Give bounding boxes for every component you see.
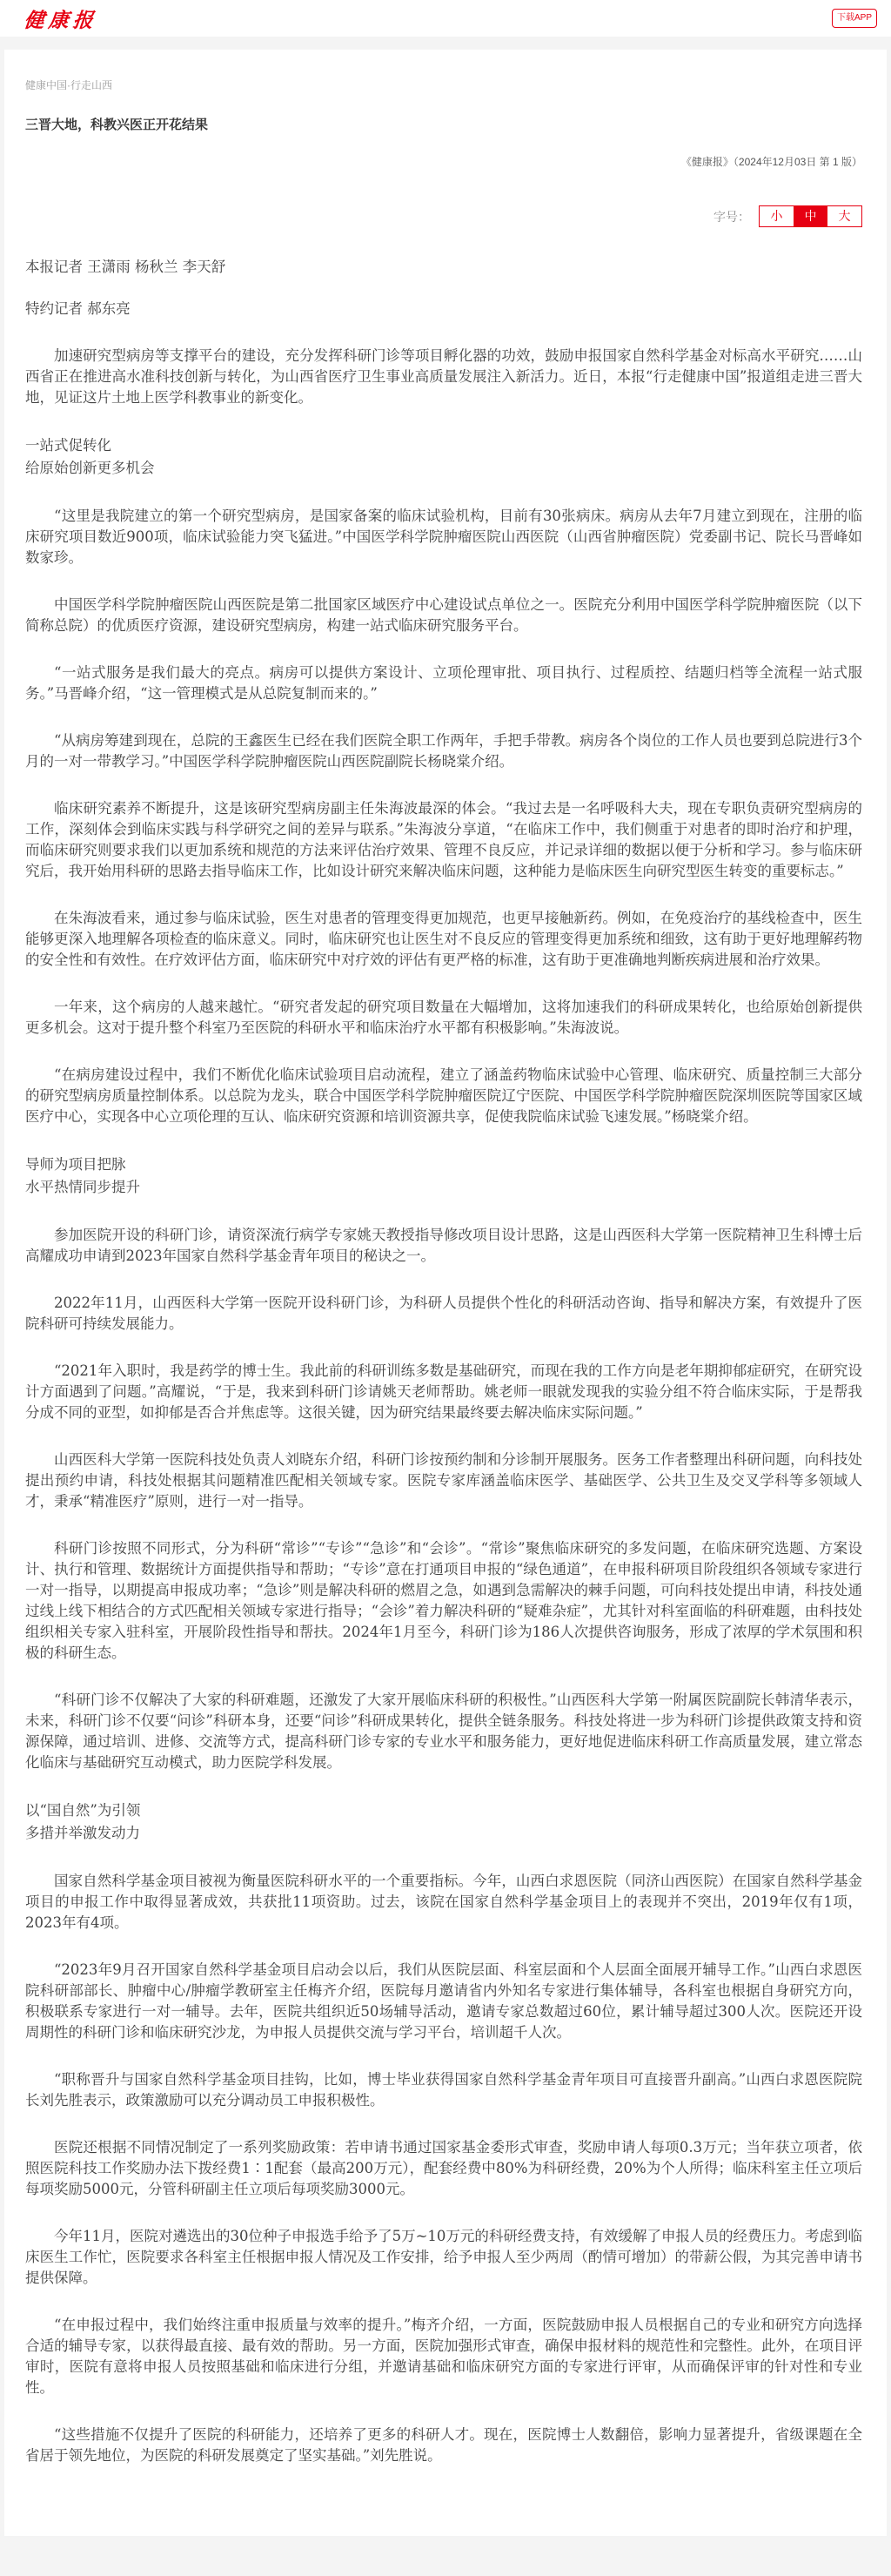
article-paragraph: 临床研究素养不断提升，这是该研究型病房副主任朱海波最深的体会。“我过去是一名呼吸… bbox=[25, 798, 862, 882]
top-bar: 健康报 下载APP bbox=[0, 0, 891, 37]
article-title: 三晋大地，科教兴医正开花结果 bbox=[25, 115, 862, 133]
article-paragraph: 今年11月，医院对遴选出的30位种子申报选手给予了5万~10万元的科研经费支持，… bbox=[25, 2226, 862, 2289]
font-size-control: 字号： 小 中 大 bbox=[25, 205, 862, 227]
article-paragraph: “这些措施不仅提升了医院的科研能力，还培养了更多的科研人才。现在，医院博士人数翻… bbox=[25, 2425, 862, 2466]
article-paragraph: 国家自然科学基金项目被视为衡量医院科研水平的一个重要指标。今年，山西白求恩医院（… bbox=[25, 1871, 862, 1934]
font-size-label: 字号： bbox=[713, 208, 750, 225]
article-paragraph: “从病房筹建到现在，总院的王鑫医生已经在我们医院全职工作两年，手把手带教。病房各… bbox=[25, 730, 862, 772]
section-subhead: 以“国自然”为引领 多措并举激发动力 bbox=[25, 1799, 862, 1845]
article-body: 加速研究型病房等支撑平台的建设，充分发挥科研门诊等项目孵化器的功效，鼓励申报国家… bbox=[25, 346, 862, 2466]
font-size-medium-button[interactable]: 中 bbox=[794, 206, 827, 226]
article-paragraph: 参加医院开设的科研门诊，请资深流行病学专家姚天教授指导修改项目设计思路，这是山西… bbox=[25, 1225, 862, 1267]
article-content: 本报记者 王潇雨 杨秋兰 李天舒 特约记者 郝东亮 加速研究型病房等支撑平台的建… bbox=[25, 257, 862, 2466]
article-paragraph: “在申报过程中，我们始终注重申报质量与效率的提升。”梅齐介绍，一方面，医院鼓励申… bbox=[25, 2315, 862, 2398]
article-paragraph: 加速研究型病房等支撑平台的建设，充分发挥科研门诊等项目孵化器的功效，鼓励申报国家… bbox=[25, 346, 862, 408]
article-card: 健康中国·行走山西 三晋大地，科教兴医正开花结果 《健康报》（2024年12月0… bbox=[4, 50, 887, 2536]
font-size-large-button[interactable]: 大 bbox=[827, 206, 861, 226]
article-paragraph: 2022年11月，山西医科大学第一医院开设科研门诊，为科研人员提供个性化的科研活… bbox=[25, 1293, 862, 1335]
download-app-button[interactable]: 下载APP bbox=[832, 9, 877, 28]
article-kicker: 健康中国·行走山西 bbox=[25, 77, 862, 92]
article-paragraph: “在病房建设过程中，我们不断优化临床试验项目启动流程，建立了涵盖药物临床试验中心… bbox=[25, 1065, 862, 1127]
font-size-small-button[interactable]: 小 bbox=[760, 206, 794, 226]
article-paragraph: “这里是我院建立的第一个研究型病房，是国家备案的临床试验机构，目前有30张病床。… bbox=[25, 506, 862, 568]
article-paragraph: 中国医学科学院肿瘤医院山西医院是第二批国家区域医疗中心建设试点单位之一。医院充分… bbox=[25, 595, 862, 636]
article-paragraph: “职称晋升与国家自然科学基金项目挂钩，比如，博士毕业获得国家自然科学基金青年项目… bbox=[25, 2069, 862, 2111]
article-paragraph: “2023年9月召开国家自然科学基金项目启动会以后，我们从医院层面、科室层面和个… bbox=[25, 1960, 862, 2043]
byline-special-correspondent: 特约记者 郝东亮 bbox=[25, 299, 862, 319]
page: 健康报 下载APP 健康中国·行走山西 三晋大地，科教兴医正开花结果 《健康报》… bbox=[0, 0, 891, 2576]
article-paragraph: “2021年入职时，我是药学的博士生。我此前的科研训练多数是基础研究，而现在我的… bbox=[25, 1361, 862, 1423]
article-paragraph: 山西医科大学第一医院科技处负责人刘晓东介绍，科研门诊按预约制和分诊制开展服务。医… bbox=[25, 1449, 862, 1512]
section-subhead: 导师为项目把脉 水平热情同步提升 bbox=[25, 1153, 862, 1199]
byline-reporters: 本报记者 王潇雨 杨秋兰 李天舒 bbox=[25, 257, 862, 278]
font-size-segment-group: 小 中 大 bbox=[759, 205, 862, 227]
article-paragraph: 一年来，这个病房的人越来越忙。“研究者发起的研究项目数量在大幅增加，这将加速我们… bbox=[25, 997, 862, 1039]
section-subhead: 一站式促转化 给原始创新更多机会 bbox=[25, 434, 862, 480]
article-paragraph: “一站式服务是我们最大的亮点。病房可以提供方案设计、立项伦理审批、项目执行、过程… bbox=[25, 662, 862, 704]
article-paragraph: 医院还根据不同情况制定了一系列奖励政策：若申请书通过国家基金委形式审查，奖励申请… bbox=[25, 2137, 862, 2200]
article-source: 《健康报》（2024年12月03日 第 1 版） bbox=[25, 154, 862, 169]
article-paragraph: 在朱海波看来，通过参与临床试验，医生对患者的管理变得更加规范，也更早接触新药。例… bbox=[25, 908, 862, 971]
site-logo[interactable]: 健康报 bbox=[23, 4, 98, 33]
article-paragraph: 科研门诊按照不同形式，分为科研“常诊”“专诊”“急诊”和“会诊”。“常诊”聚焦临… bbox=[25, 1538, 862, 1664]
article-paragraph: “科研门诊不仅解决了大家的科研难题，还激发了大家开展临床科研的积极性。”山西医科… bbox=[25, 1690, 862, 1773]
